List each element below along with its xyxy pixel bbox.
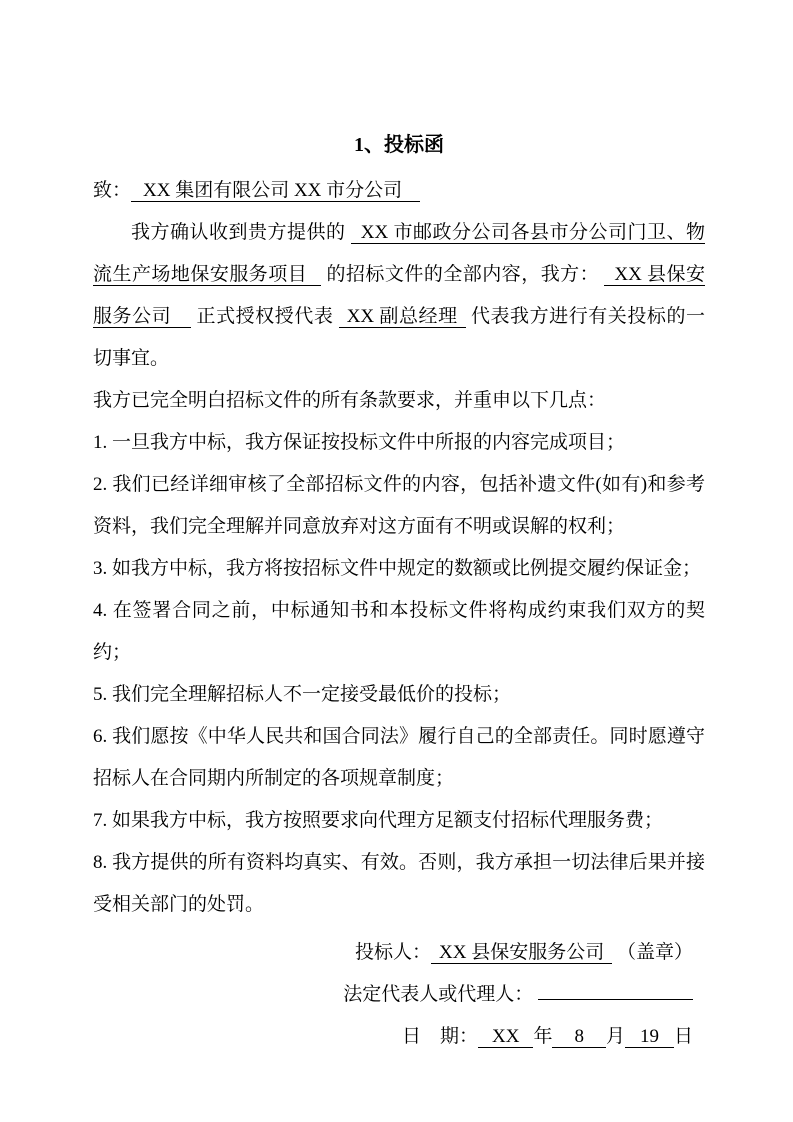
item-paragraph-1: 1. 一旦我方中标，我方保证按投标文件中所报的内容完成项目； (93, 422, 705, 464)
statement-paragraph: 我方已完全明白招标文件的所有条款要求，并重申以下几点： (93, 380, 705, 422)
item-paragraph-6: 6. 我们愿按《中华人民共和国合同法》履行自己的全部责任。同时愿遵守招标人在合同… (93, 716, 705, 800)
signature-block: 投标人：XX 县保安服务公司 （盖章） 法定代表人或代理人： 日 期：XX年8月… (93, 932, 705, 1058)
representative-name-field (538, 999, 693, 1000)
salutation-line: 致：XX 集团有限公司 XX 市分公司 (93, 170, 705, 212)
date-line: 日 期：XX年8月19日 (93, 1016, 693, 1058)
document-page: 1、投标函 致：XX 集团有限公司 XX 市分公司 我方确认收到贵方提供的 XX… (0, 0, 793, 1122)
document-body: 致：XX 集团有限公司 XX 市分公司 我方确认收到贵方提供的 XX 市邮政分公… (93, 170, 705, 1058)
authorized-agent-field: XX 副总经理 (339, 306, 466, 328)
intro-text-2: 的招标文件的全部内容，我方： (326, 264, 599, 285)
item-paragraph-7: 7. 如果我方中标，我方按照要求向代理方足额支付招标代理服务费； (93, 800, 705, 842)
item-paragraph-2: 2. 我们已经详细审核了全部招标文件的内容，包括补遗文件(如有)和参考资料，我们… (93, 464, 705, 548)
date-year-unit: 年 (533, 1026, 552, 1047)
date-day-field: 19 (625, 1026, 674, 1048)
date-month-unit: 月 (606, 1026, 625, 1047)
intro-paragraph: 我方确认收到贵方提供的 XX 市邮政分公司各县市分公司门卫、物流生产场地保安服务… (93, 212, 705, 380)
item-paragraph-4: 4. 在签署合同之前，中标通知书和本投标文件将构成约束我们双方的契约； (93, 590, 705, 674)
date-day-unit: 日 (674, 1026, 693, 1047)
recipient-field: XX 集团有限公司 XX 市分公司 (131, 180, 420, 202)
bidder-label: 投标人： (355, 942, 431, 963)
salutation-label: 致： (93, 180, 131, 201)
seal-note: （盖章） (617, 942, 693, 963)
date-label: 日 期： (402, 1026, 478, 1047)
date-month-field: 8 (552, 1026, 606, 1048)
bidder-name-field: XX 县保安服务公司 (431, 942, 612, 964)
item-paragraph-5: 5. 我们完全理解招标人不一定接受最低价的投标； (93, 674, 705, 716)
date-year-field: XX (478, 1026, 533, 1048)
intro-text-1: 我方确认收到贵方提供的 (131, 222, 346, 243)
bidder-line: 投标人：XX 县保安服务公司 （盖章） (93, 932, 693, 974)
item-paragraph-8: 8. 我方提供的所有资料均真实、有效。否则，我方承担一切法律后果并接受相关部门的… (93, 842, 705, 926)
intro-text-3: 正式授权授代表 (197, 306, 334, 327)
item-paragraph-3: 3. 如我方中标，我方将按招标文件中规定的数额或比例提交履约保证金； (93, 548, 705, 590)
representative-line: 法定代表人或代理人： (93, 974, 693, 1016)
representative-label: 法定代表人或代理人： (343, 984, 533, 1005)
document-title: 1、投标函 (93, 124, 705, 166)
